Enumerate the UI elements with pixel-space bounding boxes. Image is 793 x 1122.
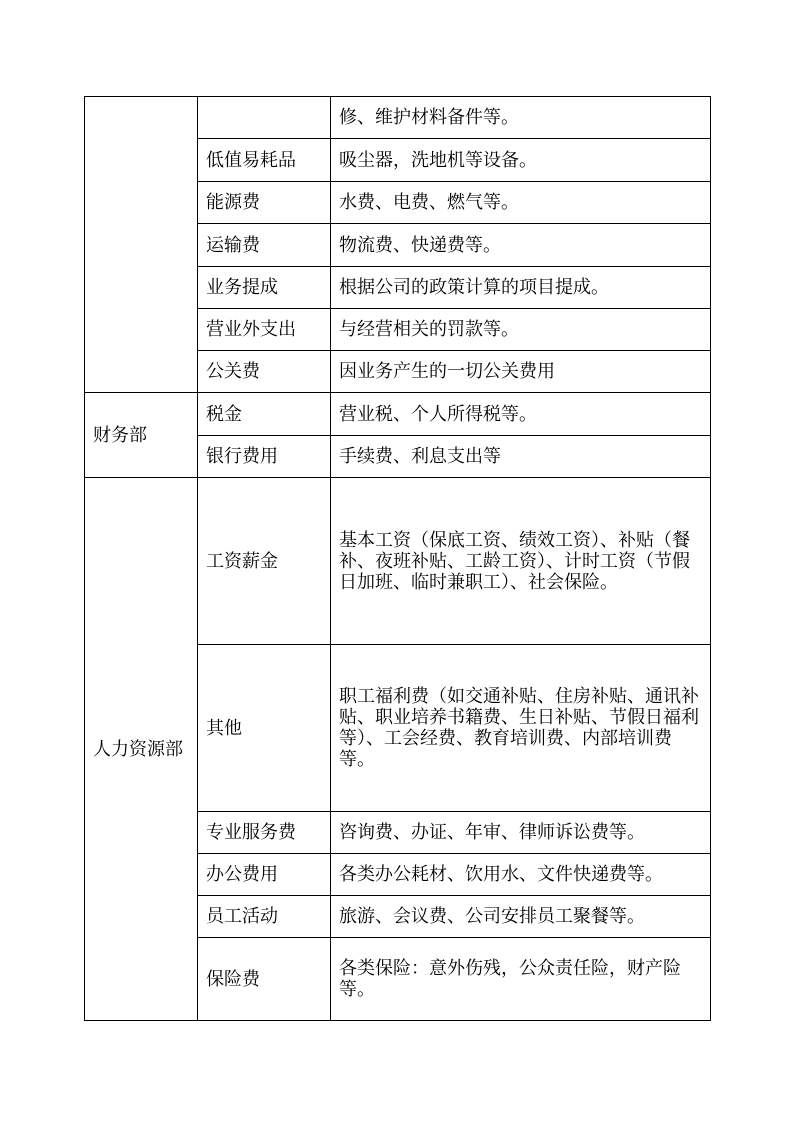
description-cell: 根据公司的政策计算的项目提成。	[331, 267, 711, 309]
description-cell: 修、维护材料备件等。	[331, 97, 711, 139]
description-cell: 咨询费、办证、年审、律师诉讼费等。	[331, 812, 711, 854]
item-cell: 营业外支出	[198, 309, 331, 351]
item-cell: 保险费	[198, 938, 331, 1021]
description-cell: 水费、电费、燃气等。	[331, 182, 711, 224]
description-cell: 物流费、快递费等。	[331, 224, 711, 267]
description-cell: 与经营相关的罚款等。	[331, 309, 711, 351]
item-cell: 银行费用	[198, 436, 331, 478]
description-cell: 旅游、会议费、公司安排员工聚餐等。	[331, 896, 711, 938]
description-cell: 手续费、利息支出等	[331, 436, 711, 478]
item-cell: 低值易耗品	[198, 139, 331, 182]
item-cell: 其他	[198, 645, 331, 812]
item-cell: 能源费	[198, 182, 331, 224]
expense-table-body: 修、维护材料备件等。低值易耗品吸尘器，洗地机等设备。能源费水费、电费、燃气等。运…	[85, 97, 711, 1021]
description-cell: 因业务产生的一切公关费用	[331, 351, 711, 393]
item-cell: 运输费	[198, 224, 331, 267]
item-cell: 税金	[198, 393, 331, 436]
table-row: 财务部税金营业税、个人所得税等。	[85, 393, 711, 436]
item-cell: 工资薪金	[198, 478, 331, 645]
table-row: 修、维护材料备件等。	[85, 97, 711, 139]
item-cell: 公关费	[198, 351, 331, 393]
item-cell	[198, 97, 331, 139]
item-cell: 员工活动	[198, 896, 331, 938]
department-cell	[85, 97, 198, 393]
item-cell: 办公费用	[198, 854, 331, 896]
item-cell: 专业服务费	[198, 812, 331, 854]
description-cell: 各类保险：意外伤残，公众责任险，财产险等。	[331, 938, 711, 1021]
item-cell: 业务提成	[198, 267, 331, 309]
expense-table: 修、维护材料备件等。低值易耗品吸尘器，洗地机等设备。能源费水费、电费、燃气等。运…	[84, 96, 711, 1021]
table-row: 人力资源部工资薪金基本工资（保底工资、绩效工资）、补贴（餐补、夜班补贴、工龄工资…	[85, 478, 711, 645]
description-cell: 各类办公耗材、饮用水、文件快递费等。	[331, 854, 711, 896]
description-cell: 基本工资（保底工资、绩效工资）、补贴（餐补、夜班补贴、工龄工资）、计时工资（节假…	[331, 478, 711, 645]
description-cell: 职工福利费（如交通补贴、住房补贴、通讯补贴、职业培养书籍费、生日补贴、节假日福利…	[331, 645, 711, 812]
description-cell: 吸尘器，洗地机等设备。	[331, 139, 711, 182]
department-cell: 财务部	[85, 393, 198, 478]
department-cell: 人力资源部	[85, 478, 198, 1021]
description-cell: 营业税、个人所得税等。	[331, 393, 711, 436]
